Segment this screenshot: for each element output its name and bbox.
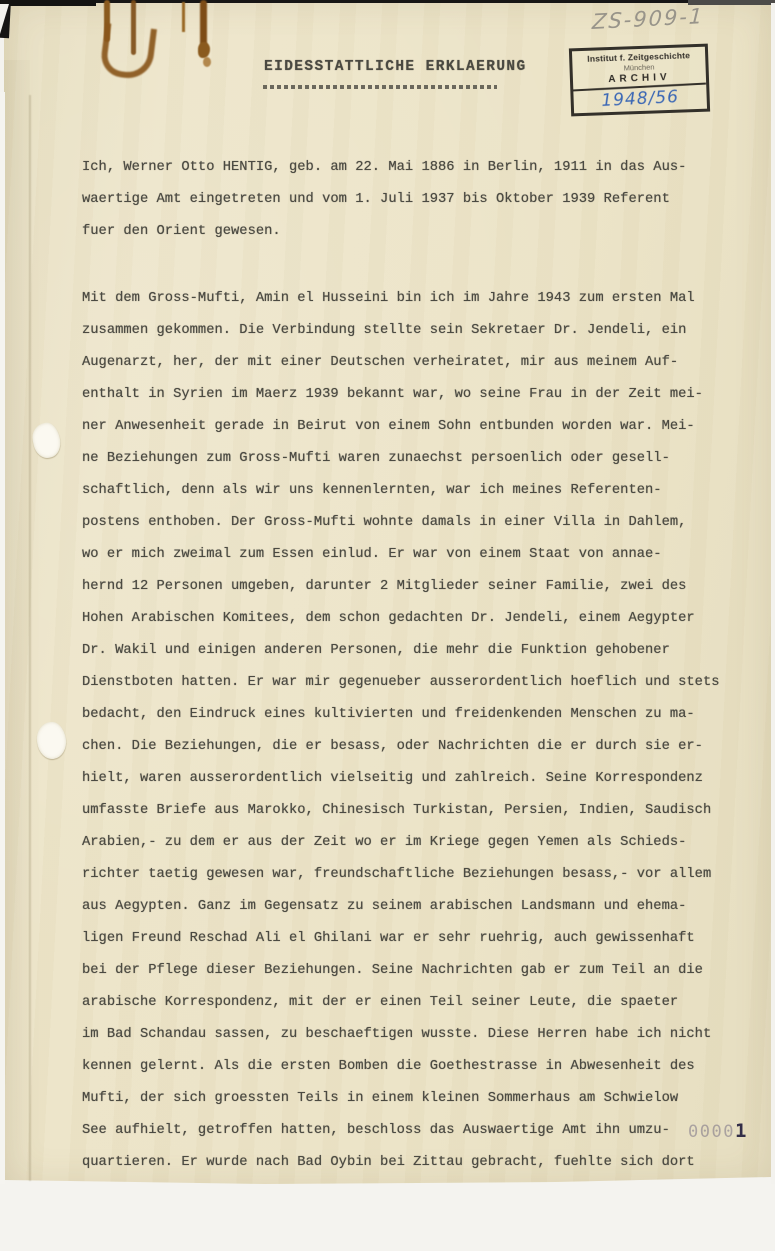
text-line: hielt, waren ausserordentlich vielseitig… (82, 763, 742, 795)
rust-droplet (198, 42, 210, 58)
page-number-faded-digits: 0000 (688, 1122, 735, 1142)
paragraph: Mit dem Gross-Mufti, Amin el Husseini bi… (82, 283, 742, 1179)
text-line: zusammen gekommen. Die Verbindung stellt… (82, 315, 742, 347)
text-line: Mufti, der sich groessten Teils in einem… (82, 1083, 742, 1115)
text-line: bedacht, den Eindruck eines kultivierten… (82, 699, 742, 731)
scan-background-right (771, 3, 775, 1184)
text-line: ligen Freund Reschad Ali el Ghilani war … (82, 923, 742, 955)
rust-stain (182, 0, 222, 84)
text-line: Arabien,- zu dem er aus der Zeit wo er i… (82, 827, 742, 859)
title-underline (263, 85, 497, 89)
page-number-bold-digit: 1 (735, 1120, 748, 1142)
document-body: Ich, Werner Otto HENTIG, geb. am 22. Mai… (82, 152, 742, 1214)
text-line: postens enthoben. Der Gross-Mufti wohnte… (82, 507, 742, 539)
text-line: ner Anwesenheit gerade in Beirut von ein… (82, 411, 742, 443)
text-line: aus Aegypten. Ganz im Gegensatz zu seine… (82, 891, 742, 923)
text-line: richter taetig gewesen war, freundschaft… (82, 859, 742, 891)
text-line: Mit dem Gross-Mufti, Amin el Husseini bi… (82, 283, 742, 315)
scan-background-left (0, 92, 5, 1184)
rust-streak (200, 0, 207, 46)
text-line: schaftlich, denn als wir uns kennenlernt… (82, 475, 742, 507)
text-line: quartieren. Er wurde nach Bad Oybin bei … (82, 1147, 742, 1179)
paper-crease-line (29, 95, 31, 1181)
archive-stamp: Institut f. Zeitgeschichte München ARCHI… (569, 44, 710, 117)
text-line: Hohen Arabischen Komitees, dem schon ged… (82, 603, 742, 635)
text-line: ne Beziehungen zum Gross-Mufti waren zun… (82, 443, 742, 475)
scan-corner-gap (0, 4, 9, 34)
text-line: arabische Korrespondenz, mit der er eine… (82, 987, 742, 1019)
text-line: enthalt in Syrien im Maerz 1939 bekannt … (82, 379, 742, 411)
text-line: hernd 12 Personen umgeben, darunter 2 Mi… (82, 571, 742, 603)
text-line: bei der Pflege dieser Beziehungen. Seine… (82, 955, 742, 987)
rust-clip-curve (99, 23, 157, 81)
text-line: Ich, Werner Otto HENTIG, geb. am 22. Mai… (82, 152, 742, 184)
text-line: wo er mich zweimal zum Essen einlud. Er … (82, 539, 742, 571)
stamp-number-handwritten: 1948/56 (573, 83, 707, 115)
document-title: EIDESSTATTLICHE ERKLAERUNG (264, 59, 527, 75)
text-line: Augenarzt, her, der mit einer Deutschen … (82, 347, 742, 379)
rust-droplet (203, 57, 211, 67)
text-line: Dienstboten hatten. Er war mir gegenuebe… (82, 667, 742, 699)
paperclip-rust-stain (96, 0, 162, 86)
text-line: See aufhielt, getroffen hatten, beschlos… (82, 1115, 742, 1147)
rust-streak (182, 2, 185, 32)
text-line: chen. Die Beziehungen, die er besass, od… (82, 731, 742, 763)
paper-crease-shading (4, 60, 30, 1180)
text-line: umfasste Briefe aus Marokko, Chinesisch … (82, 795, 742, 827)
text-line: kennen gelernt. Als die ersten Bomben di… (82, 1051, 742, 1083)
text-line: Dr. Wakil und einigen anderen Personen, … (82, 635, 742, 667)
text-line: fuer den Orient gewesen. (82, 216, 742, 248)
scan-edge-top-left (0, 0, 96, 6)
text-line: im Bad Schandau sassen, zu beschaeftigen… (82, 1019, 742, 1051)
page-number-stamp: 00001 (688, 1120, 748, 1142)
scanned-document-page: ZS-909-1 Institut f. Zeitgeschichte Münc… (0, 0, 775, 1251)
paragraph: Ich, Werner Otto HENTIG, geb. am 22. Mai… (82, 152, 742, 248)
text-line: waertige Amt eingetreten und vom 1. Juli… (82, 184, 742, 216)
